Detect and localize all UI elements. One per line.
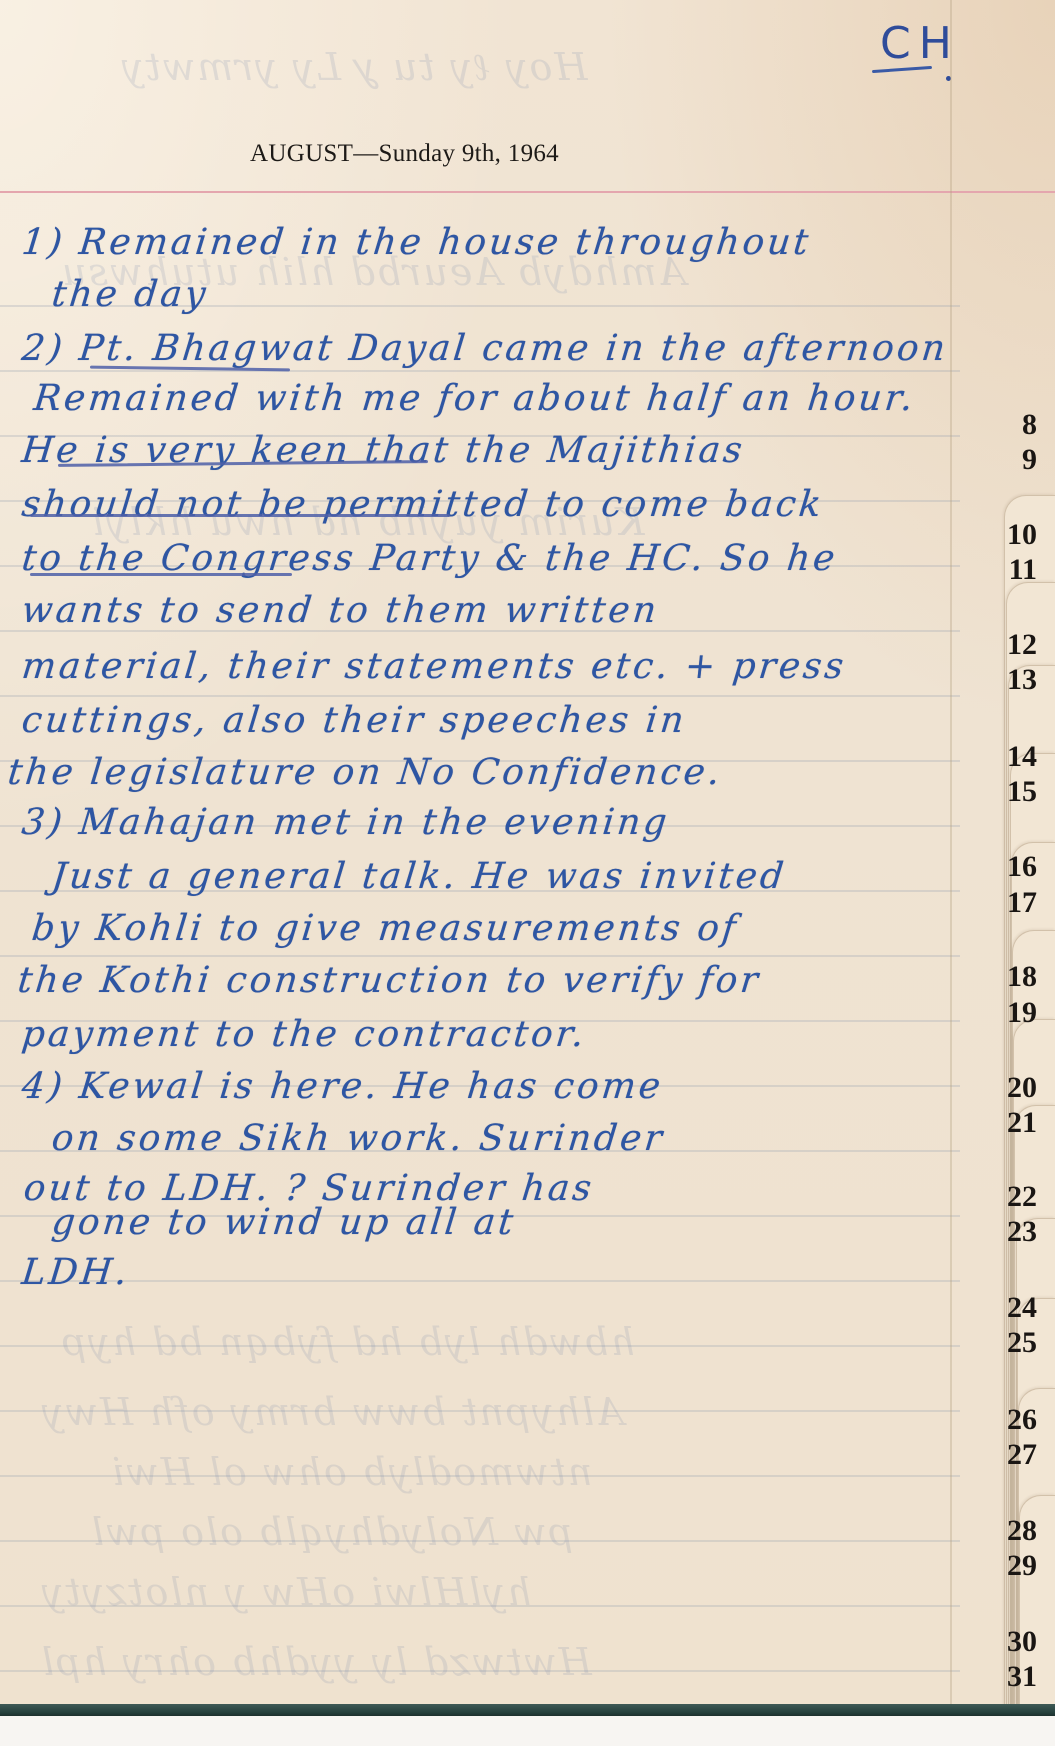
index-day: 23	[1007, 1217, 1037, 1247]
index-day: 8	[1022, 410, 1037, 440]
date-heading: AUGUST—Sunday 9th, 1964	[250, 140, 559, 168]
entry-line: 3) Mahajan met in the evening	[20, 802, 672, 843]
corner-initials: CH	[880, 18, 960, 69]
entry-line: cuttings, also their speeches in	[20, 700, 689, 741]
index-day: 19	[1007, 998, 1037, 1028]
entry-line: on some Sikh work. Surinder	[50, 1118, 667, 1159]
index-day: 10	[1007, 520, 1037, 550]
thumb-index: 8 9 10 11 12 13 14 15 16 17 18 19 20 21 …	[950, 0, 1055, 1715]
index-day: 31	[1007, 1662, 1037, 1692]
entry-line: 4) Kewal is here. He has come	[20, 1066, 665, 1107]
entry-line: Remained with me for about half an hour.	[32, 378, 918, 419]
bleed-through-text: Hoy ℓy tu ỿ Ly yrmwty	[120, 40, 588, 92]
index-day: 29	[1007, 1551, 1037, 1581]
entry-line: by Kohli to give measurements of	[30, 908, 741, 949]
index-day: 14	[1007, 742, 1037, 772]
entry-line: 1) Remained in the house throughout	[20, 222, 813, 263]
index-day: 27	[1007, 1440, 1037, 1470]
index-day: 25	[1007, 1328, 1037, 1358]
bleed-through-text: Alhypnt bww brmy ofh Hwy	[40, 1390, 624, 1434]
entry-line: payment to the contractor.	[20, 1014, 589, 1055]
bleed-through-text: Hwtwzd ly yydhb ohry hpl	[40, 1640, 592, 1684]
entry-line: Just a general talk. He was invited	[50, 856, 789, 897]
underline	[30, 514, 450, 517]
index-day: 11	[1009, 555, 1037, 585]
index-day: 15	[1007, 777, 1037, 807]
index-day: 22	[1007, 1182, 1037, 1212]
header-rule	[0, 191, 1055, 193]
index-day: 26	[1007, 1405, 1037, 1435]
entry-line: gone to wind up all at	[50, 1202, 518, 1243]
bleed-through-text: ntwmodlyb ohw ol Hwi	[110, 1450, 592, 1494]
index-day: 9	[1022, 445, 1037, 475]
book-cover-edge	[0, 1704, 1055, 1716]
scan-background	[0, 1716, 1055, 1746]
index-day: 20	[1007, 1073, 1037, 1103]
bleed-through-text: pw Nolydhyqlb olo pwl	[90, 1510, 573, 1554]
entry-line: material, their statements etc. + press	[20, 646, 849, 687]
index-day: 17	[1007, 888, 1037, 918]
diary-page: Hoy ℓy tu ỿ Ly yrmwty Amhdyb Aeurbd hlih…	[0, 0, 1055, 1715]
index-day: 28	[1007, 1516, 1037, 1546]
entry-line: LDH.	[20, 1252, 132, 1293]
entry-line: the legislature on No Confidence.	[6, 752, 725, 793]
index-day: 18	[1007, 962, 1037, 992]
index-day: 24	[1007, 1293, 1037, 1323]
entry-line: 2) Pt. Bhagwat Dayal came in the afterno…	[20, 328, 950, 369]
entry-line: the day	[50, 274, 211, 315]
underline	[30, 573, 292, 576]
entry-line: wants to send to them written	[20, 590, 661, 631]
corner-initials-text: CH	[880, 18, 960, 69]
bleed-through-text: hbwdh lyb hd fybqn bd hyp	[60, 1320, 635, 1364]
index-day: 12	[1007, 630, 1037, 660]
bleed-through-text: hylHlwi oHw y nlotzyty	[40, 1570, 531, 1614]
entry-line: the Kothi construction to verify for	[16, 960, 763, 1001]
index-day: 13	[1007, 665, 1037, 695]
entry-line: should not be permitted to come back	[20, 484, 826, 525]
index-day: 21	[1007, 1108, 1037, 1138]
index-day: 30	[1007, 1627, 1037, 1657]
index-day: 16	[1007, 852, 1037, 882]
